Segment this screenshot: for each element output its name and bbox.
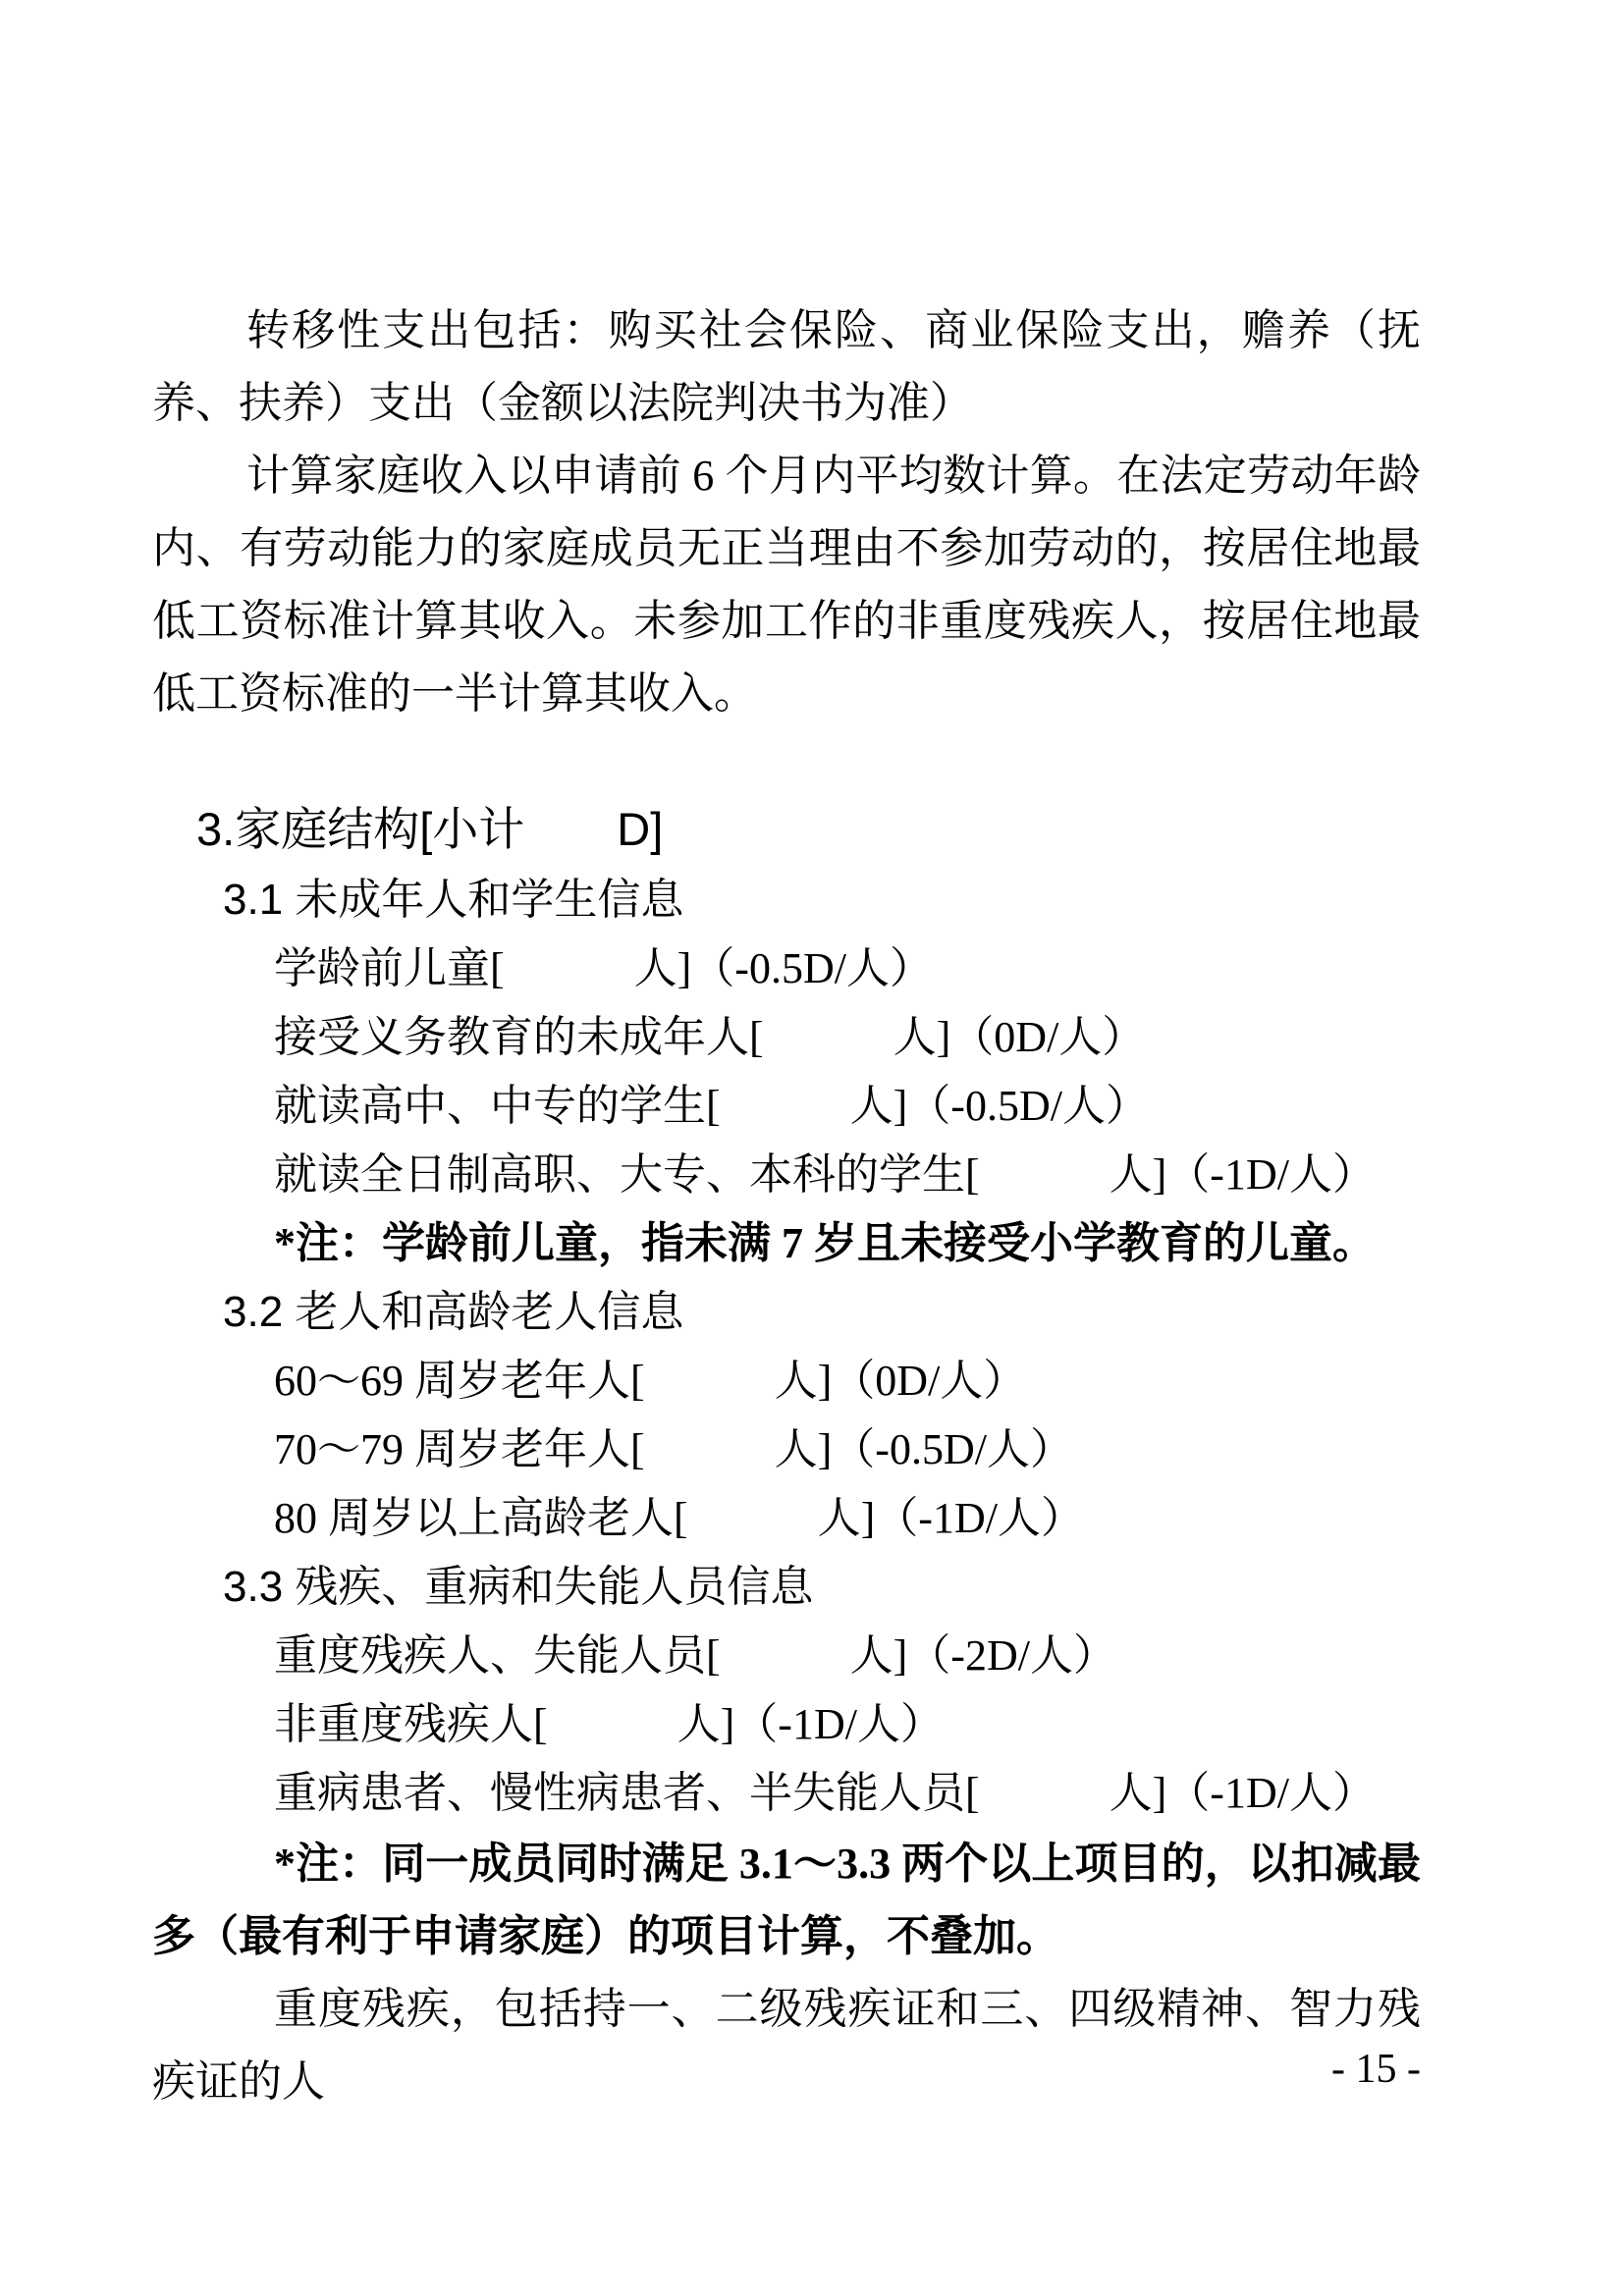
- section-3-heading: 3.家庭结构[小计 D]: [196, 793, 1421, 866]
- item-elderly-80-plus: 80 周岁以上高龄老人[ 人]（-1D/人）: [274, 1484, 1421, 1553]
- paragraph-income-calculation: 计算家庭收入以申请前 6 个月内平均数计算。在法定劳动年龄内、有劳动能力的家庭成…: [152, 440, 1421, 730]
- item-preschool-children: 学龄前儿童[ 人]（-0.5D/人）: [274, 934, 1421, 1003]
- subsection-3-2-title: 3.2 老人和高龄老人信息: [223, 1278, 1421, 1347]
- item-elderly-60-69: 60～69 周岁老年人[ 人]（0D/人）: [274, 1347, 1421, 1415]
- subsection-3-1-title: 3.1 未成年人和学生信息: [223, 866, 1421, 934]
- item-college-students: 就读全日制高职、大专、本科的学生[ 人]（-1D/人）: [274, 1141, 1421, 1209]
- item-serious-illness-semi-incapacitated: 重病患者、慢性病患者、半失能人员[ 人]（-1D/人）: [274, 1759, 1421, 1828]
- paragraph-transfer-expense: 转移性支出包括：购买社会保险、商业保险支出，赡养（抚养、扶养）支出（金额以法院判…: [152, 294, 1421, 440]
- document-page: 转移性支出包括：购买社会保险、商业保险支出，赡养（抚养、扶养）支出（金额以法院判…: [0, 0, 1624, 2296]
- item-elderly-70-79: 70～79 周岁老年人[ 人]（-0.5D/人）: [274, 1415, 1421, 1484]
- note-no-stacking-rule: *注：同一成员同时满足 3.1～3.3 两个以上项目的，以扣减最多（最有利于申请…: [152, 1828, 1421, 1973]
- page-number: - 15 -: [152, 2044, 1421, 2095]
- item-highschool-students: 就读高中、中专的学生[ 人]（-0.5D/人）: [274, 1072, 1421, 1141]
- item-non-severe-disability: 非重度残疾人[ 人]（-1D/人）: [274, 1690, 1421, 1759]
- item-severe-disability-incapacitated: 重度残疾人、失能人员[ 人]（-2D/人）: [274, 1622, 1421, 1690]
- document-content: 转移性支出包括：购买社会保险、商业保险支出，赡养（抚养、扶养）支出（金额以法院判…: [152, 294, 1421, 2118]
- subsection-3-3-title: 3.3 残疾、重病和失能人员信息: [223, 1553, 1421, 1622]
- item-compulsory-education-minors: 接受义务教育的未成年人[ 人]（0D/人）: [274, 1003, 1421, 1072]
- note-preschool-definition: *注：学龄前儿童，指未满 7 岁且未接受小学教育的儿童。: [274, 1209, 1421, 1278]
